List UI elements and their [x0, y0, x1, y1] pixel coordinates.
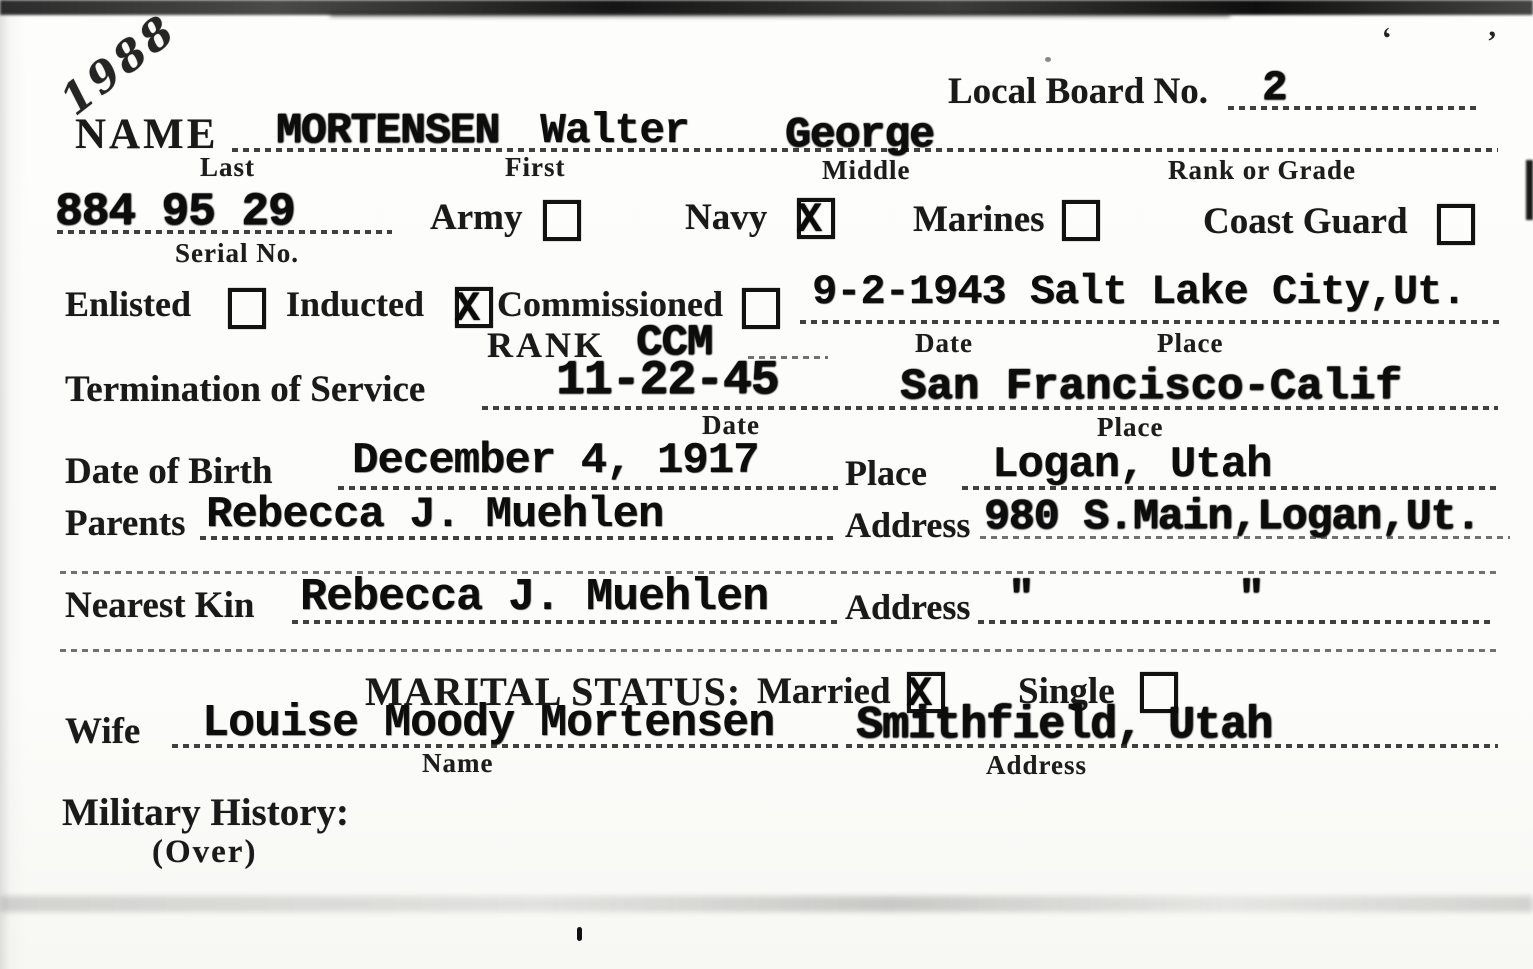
termination-date-value: 11-22-45: [556, 354, 778, 408]
name-last-sublabel: Last: [200, 152, 255, 183]
parents-address-value: 980 S.Main,Logan,Ut.: [984, 492, 1480, 541]
handwritten-number: 1988: [51, 4, 186, 124]
termination-place-sublabel: Place: [1097, 412, 1163, 443]
local-board-label: Local Board No.: [948, 70, 1208, 113]
coast-guard-label: Coast Guard: [1203, 200, 1408, 243]
separator-line: [60, 571, 1500, 574]
birth-date-value: December 4, 1917: [352, 436, 758, 486]
parents-address-label: Address: [845, 504, 970, 546]
entry-date-place-value: 9-2-1943 Salt Lake City,Ut.: [812, 268, 1466, 316]
ink-speck: [577, 927, 582, 941]
navy-checkbox: X: [797, 198, 835, 239]
scan-top-edge-smudge: [330, 12, 1230, 17]
entry-date-sublabel: Date: [915, 328, 973, 359]
kin-address-line: [978, 620, 1490, 624]
inducted-label: Inducted: [286, 283, 424, 325]
kin-address-ditto-2: ": [1238, 574, 1263, 624]
entry-line: [800, 320, 1500, 324]
local-board-value: 2: [1262, 64, 1286, 112]
name-middle-value: George: [785, 110, 934, 159]
commissioned-checkbox: X: [742, 288, 780, 329]
wife-name-value: Louise Moody Mortensen: [202, 698, 774, 749]
separator-line: [60, 649, 1500, 652]
army-label: Army: [430, 196, 522, 239]
scan-right-edge-mark: [1526, 160, 1533, 220]
termination-place-value: San Francisco-Calif: [900, 362, 1402, 412]
army-checkbox: X: [543, 200, 581, 241]
ink-speck: [1045, 57, 1051, 62]
birth-label: Date of Birth: [65, 450, 273, 493]
wife-name-line: [172, 744, 838, 748]
enlisted-checkbox: X: [228, 288, 266, 329]
name-middle-sublabel: Middle: [822, 155, 911, 186]
nearest-kin-line: [292, 620, 840, 624]
name-label: NAME: [75, 110, 218, 159]
marines-checkbox: X: [1062, 200, 1100, 241]
card-bottom-shadow: [0, 896, 1533, 912]
parents-label: Parents: [65, 502, 186, 545]
kin-address-ditto-1: ": [1008, 574, 1033, 624]
entry-place-sublabel: Place: [1157, 328, 1223, 359]
inducted-checkbox: X: [455, 287, 493, 328]
rank-or-grade-sublabel: Rank or Grade: [1168, 155, 1356, 186]
service-record-card: ‘ ’ 1988 Local Board No. 2 NAME MORTENSE…: [0, 0, 1533, 969]
parents-value: Rebecca J. Muehlen: [206, 490, 663, 540]
serial-sublabel: Serial No.: [175, 238, 299, 269]
birth-place-value: Logan, Utah: [992, 440, 1271, 490]
serial-line: [57, 230, 392, 234]
check-x-icon: X: [455, 285, 480, 333]
name-first-value: Walter: [540, 106, 689, 155]
wife-label: Wife: [65, 710, 140, 753]
nearest-kin-value: Rebecca J. Muehlen: [300, 572, 768, 623]
check-x-icon: X: [797, 196, 822, 244]
enlisted-label: Enlisted: [65, 283, 191, 325]
name-last-value: MORTENSEN: [276, 106, 499, 155]
navy-label: Navy: [685, 196, 767, 239]
scan-mark: ’: [1487, 25, 1497, 59]
termination-label: Termination of Service: [65, 368, 425, 411]
birth-place-label: Place: [845, 452, 927, 494]
over-label: (Over): [152, 834, 257, 871]
nearest-kin-label: Nearest Kin: [65, 584, 254, 627]
name-first-sublabel: First: [505, 152, 565, 183]
military-history-label: Military History:: [62, 790, 349, 835]
parents-line: [200, 536, 838, 540]
wife-name-sublabel: Name: [422, 748, 493, 779]
marines-label: Marines: [913, 198, 1045, 241]
wife-address-line: [846, 744, 1498, 748]
birth-place-line: [962, 486, 1498, 490]
wife-address-sublabel: Address: [986, 750, 1087, 781]
kin-address-label: Address: [845, 586, 970, 628]
scan-mark: ‘: [1379, 21, 1397, 56]
parents-address-line: [980, 536, 1510, 539]
coast-guard-checkbox: X: [1437, 204, 1475, 245]
